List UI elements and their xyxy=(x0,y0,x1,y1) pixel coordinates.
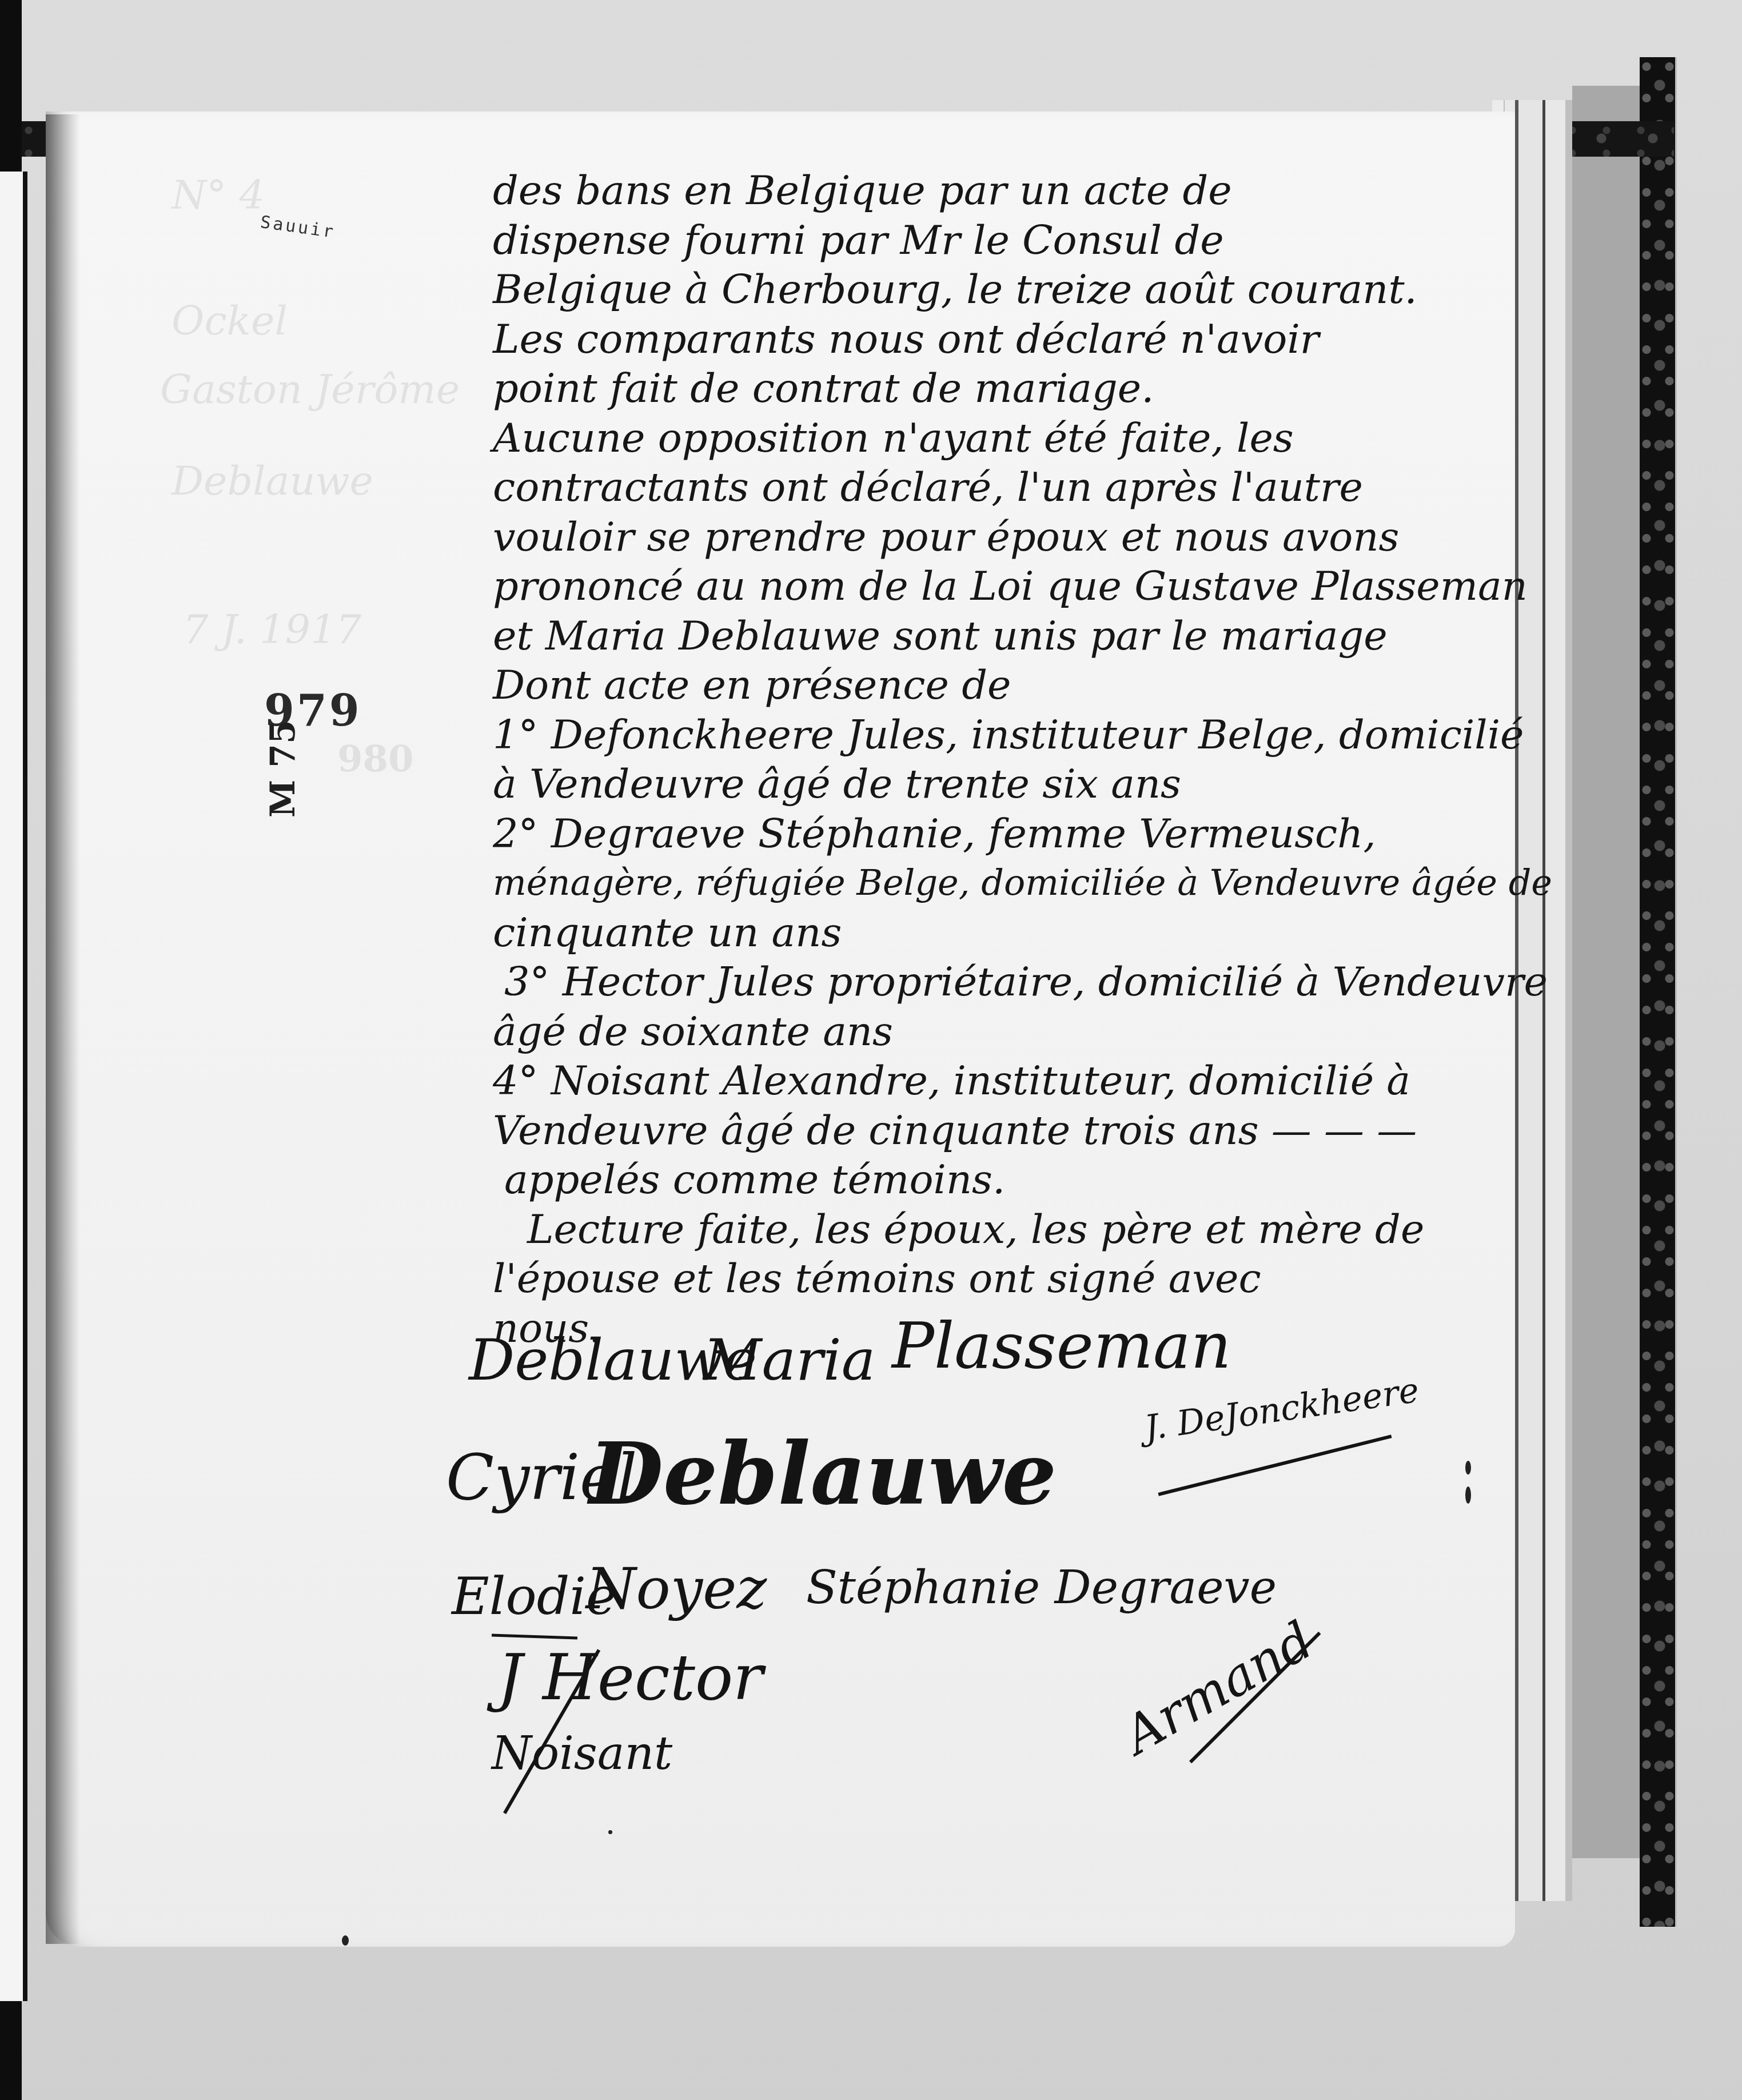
register-code-stamp: M 75 xyxy=(263,720,303,818)
text-line: et Maria Deblauwe sont unis par le maria… xyxy=(493,611,1465,661)
ink-speck xyxy=(342,1935,349,1946)
bleed-through-text: Deblauwe xyxy=(172,457,373,504)
text-line: Les comparants nous ont déclaré n'avoir xyxy=(493,314,1465,364)
signature-bride-firstname: Maria xyxy=(703,1326,875,1393)
signature-witness-hector: J Hector xyxy=(497,1641,763,1714)
right-marbled-cover xyxy=(1640,57,1677,1927)
text-line: 3° Hector Jules propriétaire, domicilié … xyxy=(493,957,1465,1007)
signature-witness-noisant: Noisant xyxy=(492,1727,672,1780)
text-line: vouloir se prendre pour époux et nous av… xyxy=(493,512,1465,562)
left-facing-page xyxy=(0,172,27,2001)
bleed-through-stamp: 980 xyxy=(337,738,414,780)
ink-speck xyxy=(1465,1461,1471,1475)
text-line: point fait de contrat de mariage. xyxy=(493,364,1465,413)
text-line: contractants ont déclaré, l'un après l'a… xyxy=(493,463,1465,512)
text-line: Belgique à Cherbourg, le treize août cou… xyxy=(493,265,1465,314)
ink-speck xyxy=(1465,1487,1471,1504)
text-line: 1° Defonckheere Jules, instituteur Belge… xyxy=(493,710,1465,760)
text-line: des bans en Belgique par un acte de xyxy=(493,166,1465,216)
signature-father-surname: Deblauwe xyxy=(589,1424,1057,1524)
ink-speck xyxy=(608,1830,612,1834)
text-line: Vendeuvre âgé de cinquante trois ans — —… xyxy=(493,1106,1465,1155)
handwritten-record-body: des bans en Belgique par un acte de disp… xyxy=(493,166,1465,1353)
text-line: Lecture faite, les époux, les père et mè… xyxy=(493,1205,1465,1254)
text-line: à Vendeuvre âgé de trente six ans xyxy=(493,759,1465,809)
text-line: Dont acte en présence de xyxy=(493,660,1465,710)
gutter-shadow xyxy=(46,114,80,1944)
text-line: 2° Degraeve Stéphanie, femme Vermeusch, xyxy=(493,809,1465,859)
signature-mother-surname: Noyez xyxy=(586,1555,767,1622)
text-line: prononcé au nom de la Loi que Gustave Pl… xyxy=(493,561,1465,611)
bleed-through-text: N° 4 xyxy=(172,172,532,218)
bleed-through-text: Gaston Jérôme xyxy=(160,366,460,413)
text-line: dispense fourni par Mr le Consul de xyxy=(493,216,1465,265)
signature-groom: Plasseman xyxy=(892,1309,1231,1382)
signature-witness-degraeve: Stéphanie Degraeve xyxy=(806,1561,1277,1614)
text-line: cinquante un ans xyxy=(493,908,1465,958)
text-line: appelés comme témoins. xyxy=(493,1155,1465,1205)
bleed-through-text: 7 J. 1917 xyxy=(183,606,361,653)
text-line: âgé de soixante ans xyxy=(493,1007,1465,1057)
bleed-through-text: Ockel xyxy=(172,297,288,344)
text-line: ménagère, réfugiée Belge, domiciliée à V… xyxy=(493,858,1465,908)
text-line: l'épouse et les témoins ont signé avec xyxy=(493,1254,1465,1304)
text-line: 4° Noisant Alexandre, instituteur, domic… xyxy=(493,1056,1465,1106)
text-line: Aucune opposition n'ayant été faite, les xyxy=(493,413,1465,463)
endpaper xyxy=(1572,86,1640,1858)
